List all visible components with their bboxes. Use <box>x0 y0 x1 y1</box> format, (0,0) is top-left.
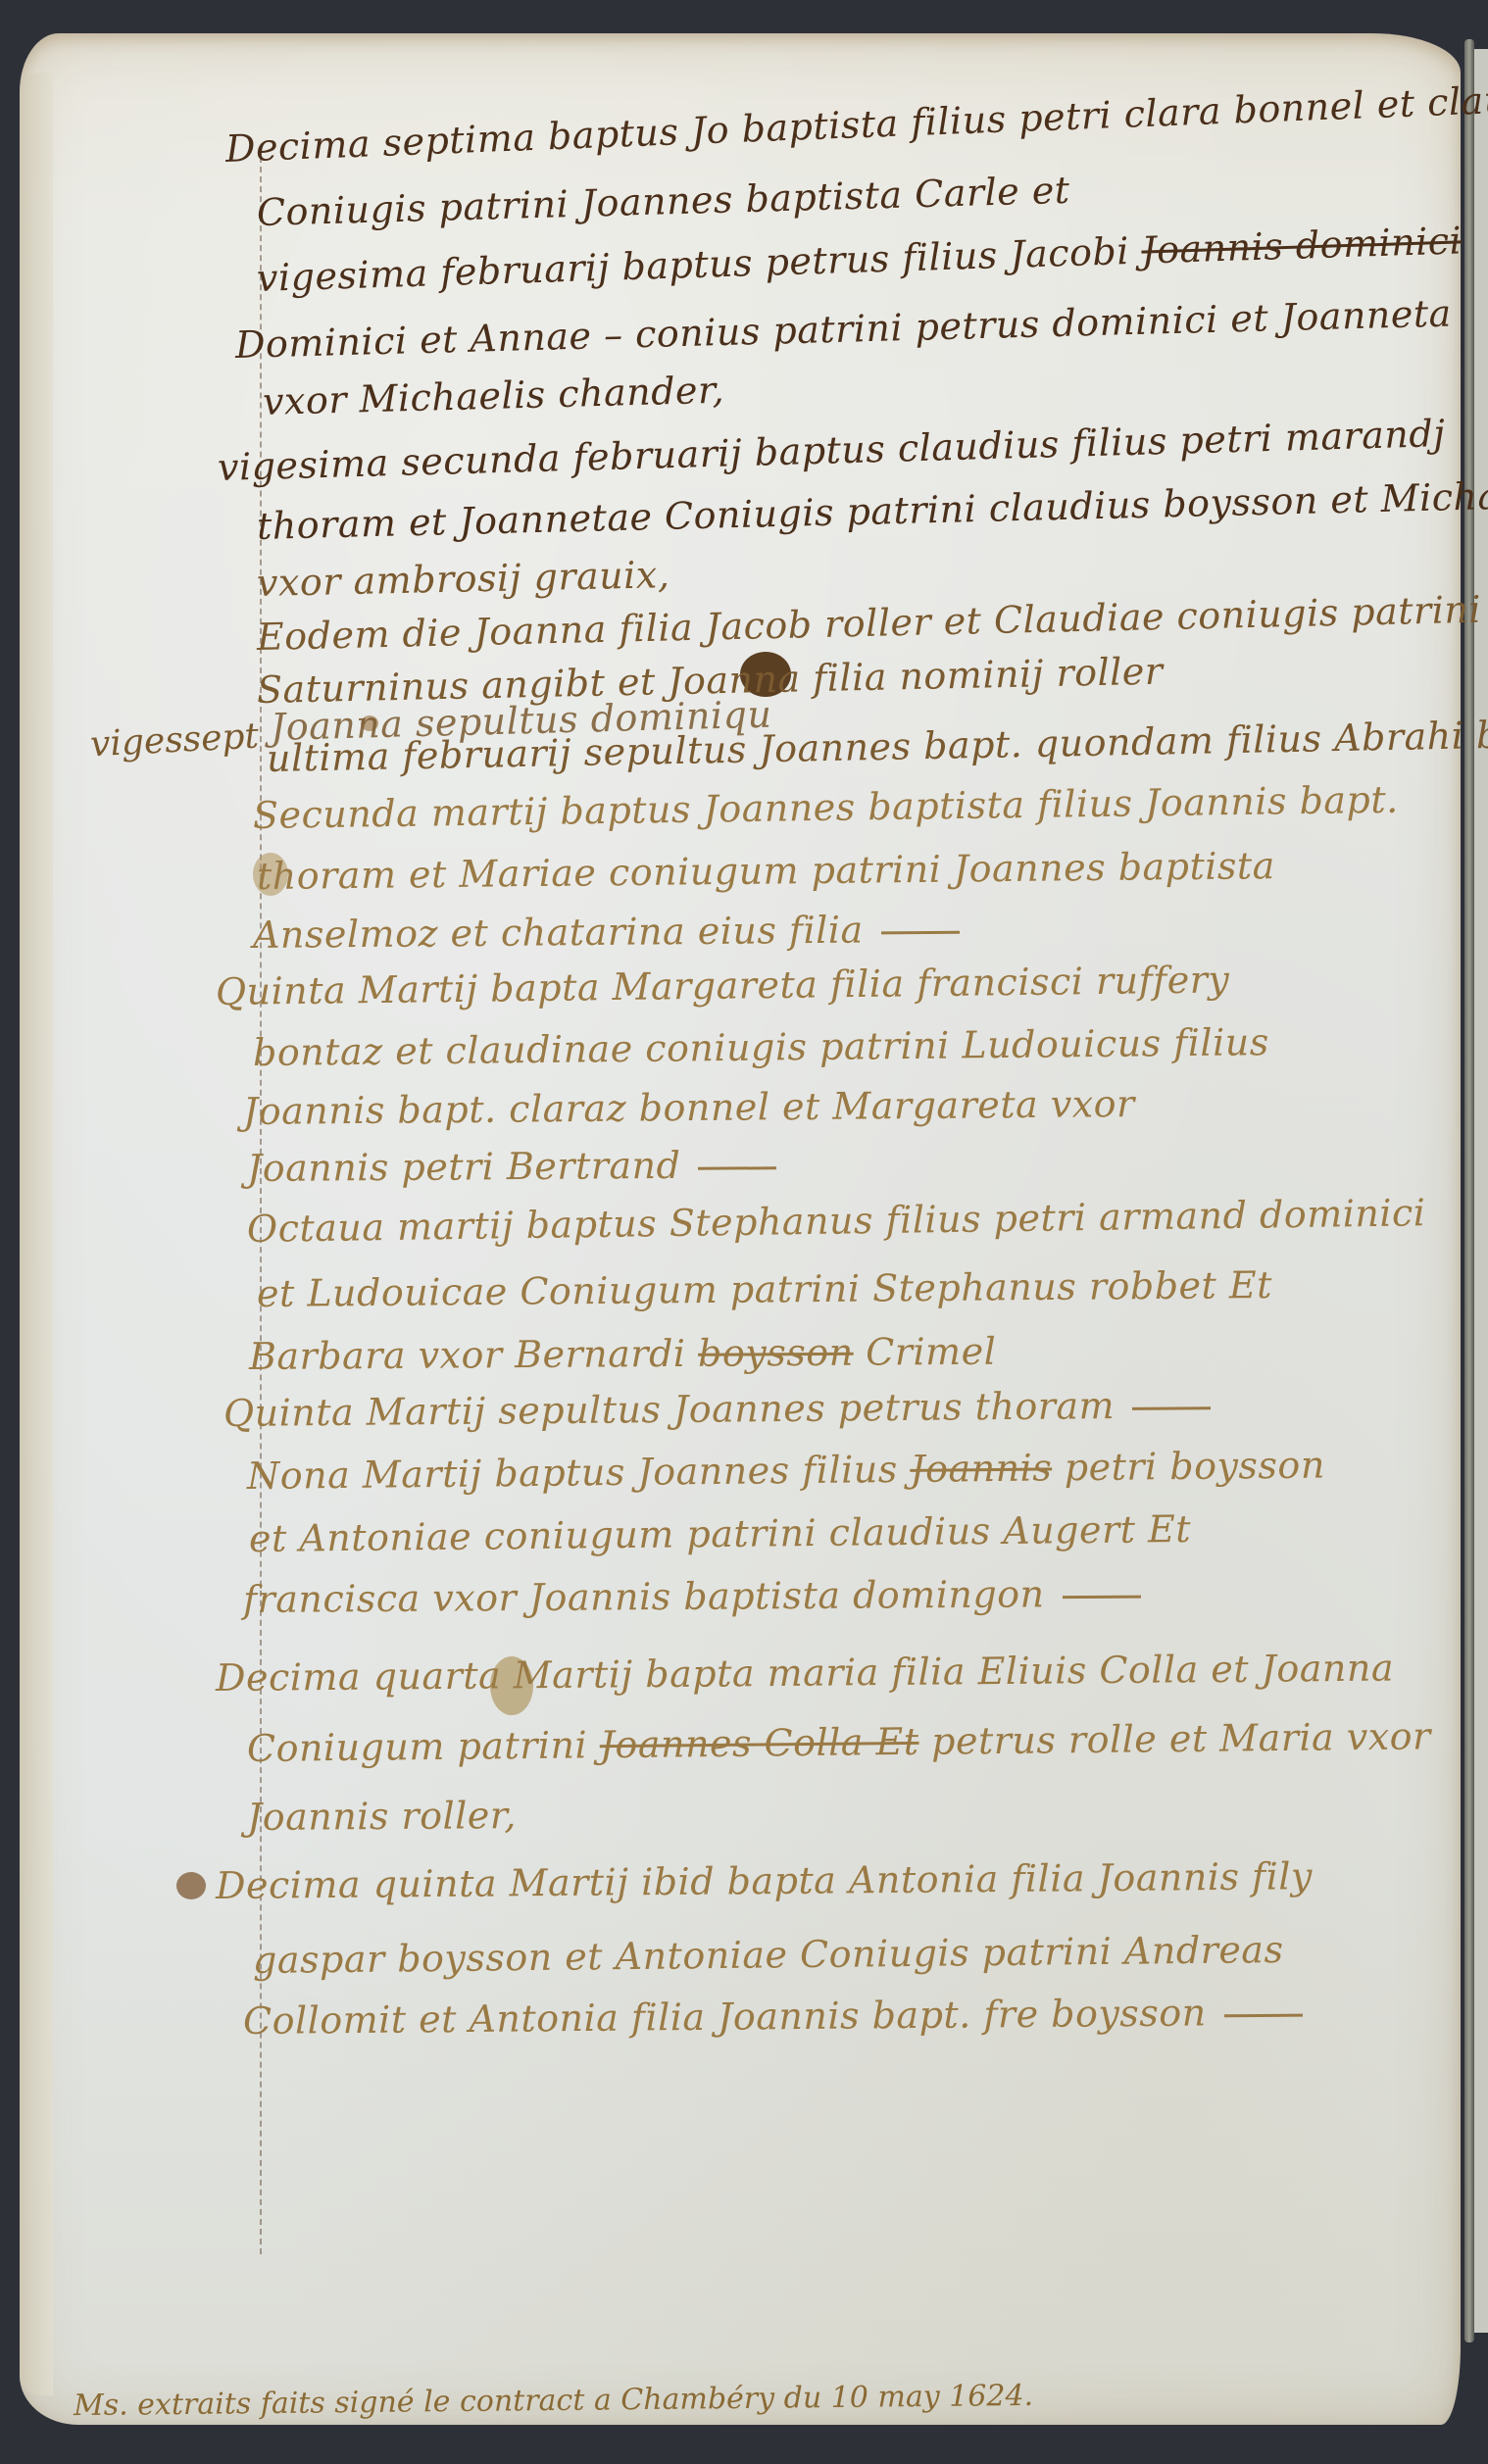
line-text: Coniugum patrini <box>247 1723 588 1770</box>
line-text: Coniugis patrini Joannes baptista Carle … <box>256 169 1070 234</box>
register-line: Dominici et Annae – conius patrini petru… <box>234 292 1452 367</box>
struck-text: Joannes Colla Et <box>600 1720 919 1766</box>
register-line: Octaua martij baptus Stephanus filius pe… <box>247 1191 1426 1251</box>
register-line: vigesima secunda februarij baptus claudi… <box>217 412 1446 489</box>
struck-text: boysson <box>698 1331 854 1375</box>
register-line: Decima quinta Martij ibid bapta Antonia … <box>216 1854 1313 1907</box>
register-line: thoram et Mariae coniugum patrini Joanne… <box>257 844 1275 898</box>
line-text: thoram et Mariae coniugum patrini Joanne… <box>257 844 1275 898</box>
line-end-dash <box>1063 1596 1141 1600</box>
register-line: vxor Michaelis chander, <box>262 369 724 423</box>
register-line: Secunda martij baptus Joannes baptista f… <box>253 778 1399 837</box>
register-line: Decima quarta Martij bapta maria filia E… <box>216 1647 1394 1700</box>
register-line: francisca vxor Joannis baptista domingon <box>243 1572 1141 1621</box>
register-line: Collomit et Antonia filia Joannis bapt. … <box>243 1991 1303 2043</box>
line-text: Dominici et Annae – conius patrini petru… <box>234 292 1452 367</box>
line-text: Joannis roller, <box>247 1794 517 1839</box>
register-line: Coniugis patrini Joannes baptista Carle … <box>256 169 1070 234</box>
line-text: Joannis petri Bertrand <box>247 1144 681 1190</box>
register-line: Anselmoz et chatarina eius filia <box>253 908 960 957</box>
line-text: gaspar boysson et Antoniae Coniugis patr… <box>253 1928 1284 1982</box>
line-end-dash <box>1132 1406 1211 1410</box>
line-text: Decima quinta Martij ibid bapta Antonia … <box>216 1854 1313 1907</box>
register-line: et Ludouicae Coniugum patrini Stephanus … <box>257 1263 1272 1315</box>
register-line: vxor ambrosij grauix, <box>257 553 670 605</box>
register-line: bontaz et claudinae coniugis patrini Lud… <box>253 1020 1269 1074</box>
line-text: vigesima secunda februarij baptus claudi… <box>217 412 1446 489</box>
register-line: Nona Martij baptus Joannes filius Joanni… <box>247 1443 1325 1498</box>
register-line: gaspar boysson et Antoniae Coniugis patr… <box>253 1928 1284 1982</box>
line-text: Decima quarta Martij bapta maria filia E… <box>216 1647 1394 1700</box>
line-text: vxor Michaelis chander, <box>262 369 724 423</box>
line-text: bontaz et claudinae coniugis patrini Lud… <box>253 1020 1269 1074</box>
line-text: francisca vxor Joannis baptista domingon <box>243 1572 1045 1621</box>
register-line: thoram et Joannetae Coniugis patrini cla… <box>256 473 1488 548</box>
margin-note-text: vigessept <box>89 716 260 765</box>
line-end-dash <box>1224 2014 1303 2018</box>
register-line: Quinta Martij sepultus Joannes petrus th… <box>223 1383 1211 1435</box>
line-text: Nona Martij baptus Joannes filius <box>247 1448 898 1498</box>
line-end-dash <box>698 1166 776 1170</box>
line-text: et Antoniae coniugum patrini claudius Au… <box>249 1507 1191 1560</box>
line-end-dash <box>881 931 960 935</box>
register-line: Joannis bapt. claraz bonnel et Margareta… <box>243 1082 1135 1133</box>
register-line: vigesima februarij baptus petrus filius … <box>256 219 1463 300</box>
line-text-continued: petrus rolle et Maria vxor <box>931 1714 1431 1762</box>
line-text: Barbara vxor Bernardi <box>249 1332 686 1378</box>
line-text: Anselmoz et chatarina eius filia <box>253 909 864 957</box>
line-text-continued: petri boysson <box>1065 1443 1325 1489</box>
line-text-continued: Crimel <box>866 1330 996 1374</box>
register-line: Quinta Martij bapta Margareta filia fran… <box>216 958 1230 1013</box>
register-entries: Decima septima baptus Jo baptista filius… <box>0 0 1488 2464</box>
register-line: Decima septima baptus Jo baptista filius… <box>224 75 1488 171</box>
line-text: Collomit et Antonia filia Joannis bapt. … <box>243 1991 1207 2043</box>
register-line: Joannis roller, <box>247 1794 517 1839</box>
register-line: Coniugum patrini Joannes Colla Et petrus… <box>247 1714 1431 1770</box>
line-text: Octaua martij baptus Stephanus filius pe… <box>247 1191 1426 1251</box>
document-scan: Decima septima baptus Jo baptista filius… <box>0 0 1488 2464</box>
register-line: Joannis petri Bertrand <box>247 1143 777 1190</box>
line-text: Quinta Martij bapta Margareta filia fran… <box>216 958 1230 1013</box>
struck-text: Joannis dominici <box>1141 219 1463 271</box>
line-text: Secunda martij baptus Joannes baptista f… <box>253 778 1399 837</box>
line-text: thoram et Joannetae Coniugis patrini cla… <box>256 473 1488 548</box>
line-text: vigesima februarij baptus petrus filius … <box>256 229 1129 300</box>
margin-note: vigessept <box>89 716 260 765</box>
line-text: Joannis bapt. claraz bonnel et Margareta… <box>243 1082 1135 1133</box>
struck-text: Joannis <box>910 1446 1052 1491</box>
line-text: et Ludouicae Coniugum patrini Stephanus … <box>257 1263 1272 1315</box>
register-line: et Antoniae coniugum patrini claudius Au… <box>249 1507 1191 1560</box>
line-text: vxor ambrosij grauix, <box>257 553 670 605</box>
register-line: Barbara vxor Bernardi boysson Crimel <box>249 1330 997 1378</box>
line-text: Decima septima baptus Jo baptista filius… <box>224 75 1488 171</box>
line-text: Quinta Martij sepultus Joannes petrus th… <box>223 1384 1115 1435</box>
